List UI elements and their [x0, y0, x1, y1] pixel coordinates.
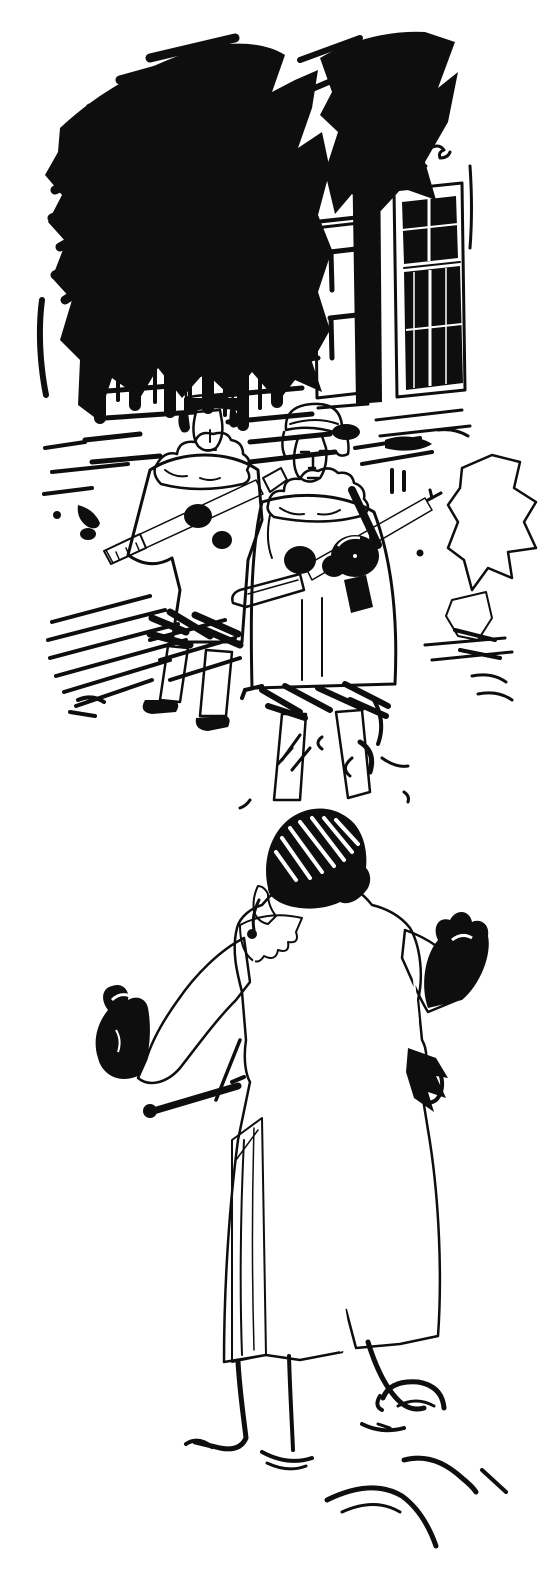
illustration-canvas	[0, 0, 545, 1577]
boot	[143, 700, 179, 714]
shadow-corner	[352, 142, 382, 404]
glove	[322, 555, 346, 577]
glove	[212, 531, 232, 549]
book-page	[0, 0, 545, 1577]
glove	[284, 546, 316, 574]
muzzle	[143, 1104, 157, 1118]
book-illustration	[0, 0, 545, 1577]
glove	[184, 504, 212, 528]
